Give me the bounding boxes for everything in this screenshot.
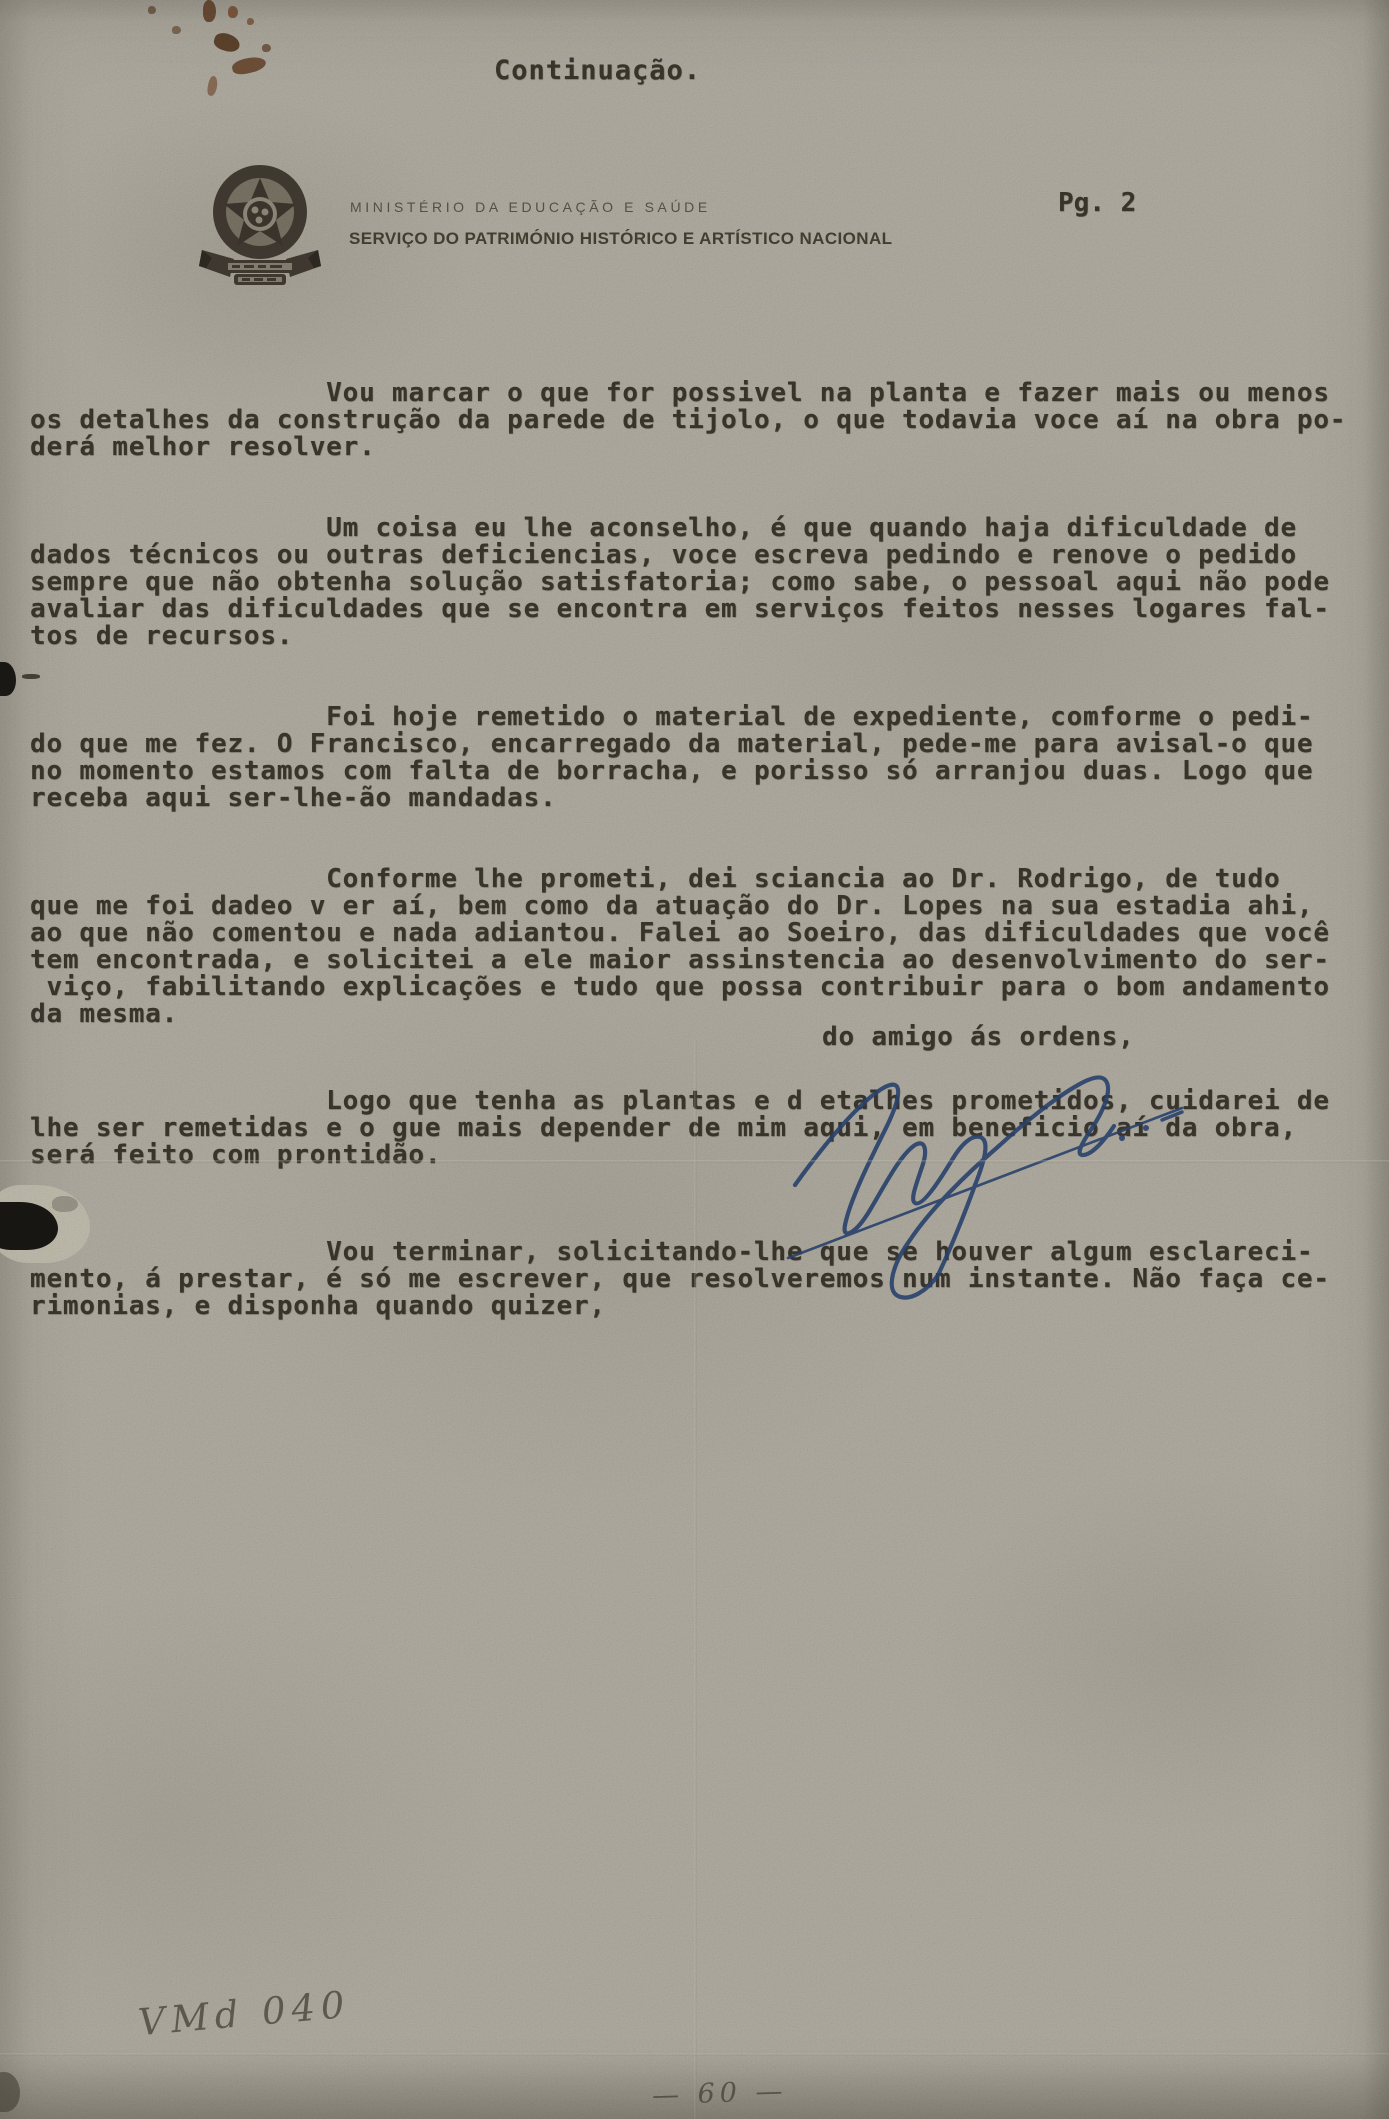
page-marking-pencil: — 60 — (652, 2076, 789, 2112)
letter-paragraph: Conforme lhe prometi, dei sciancia ao Dr… (30, 866, 1375, 1028)
service-name: SERVIÇO DO PATRIMÓNIO HISTÓRICO E ARTÍST… (349, 229, 892, 249)
letter-paragraph: Vou marcar o que for possivel na planta … (30, 380, 1375, 461)
scanned-letter-page: Continuação. Pg. 2 (0, 0, 1389, 2119)
continuation-title: Continuação. (494, 55, 701, 86)
archival-code-pencil: VMd 040 (137, 1983, 353, 2044)
fold-crease (0, 2053, 1389, 2056)
letter-paragraph: Vou terminar, solicitando-lhe que se hou… (30, 1239, 1375, 1320)
ministry-name: MINISTÉRIO DA EDUCAÇÃO E SAÚDE (350, 199, 711, 215)
letter-paragraph: Foi hoje remetido o material de expedien… (30, 704, 1375, 812)
page-number: Pg. 2 (1058, 188, 1136, 218)
closing-salutation: do amigo ás ordens, (822, 1022, 1135, 1052)
letter-paragraph: Um coisa eu lhe aconselho, é que quando … (30, 515, 1375, 650)
letter-body: Vou marcar o que for possivel na planta … (30, 326, 1375, 1374)
coat-of-arms-icon (198, 160, 322, 290)
letter-paragraph: Logo que tenha as plantas e d etalhes pr… (30, 1088, 1375, 1169)
